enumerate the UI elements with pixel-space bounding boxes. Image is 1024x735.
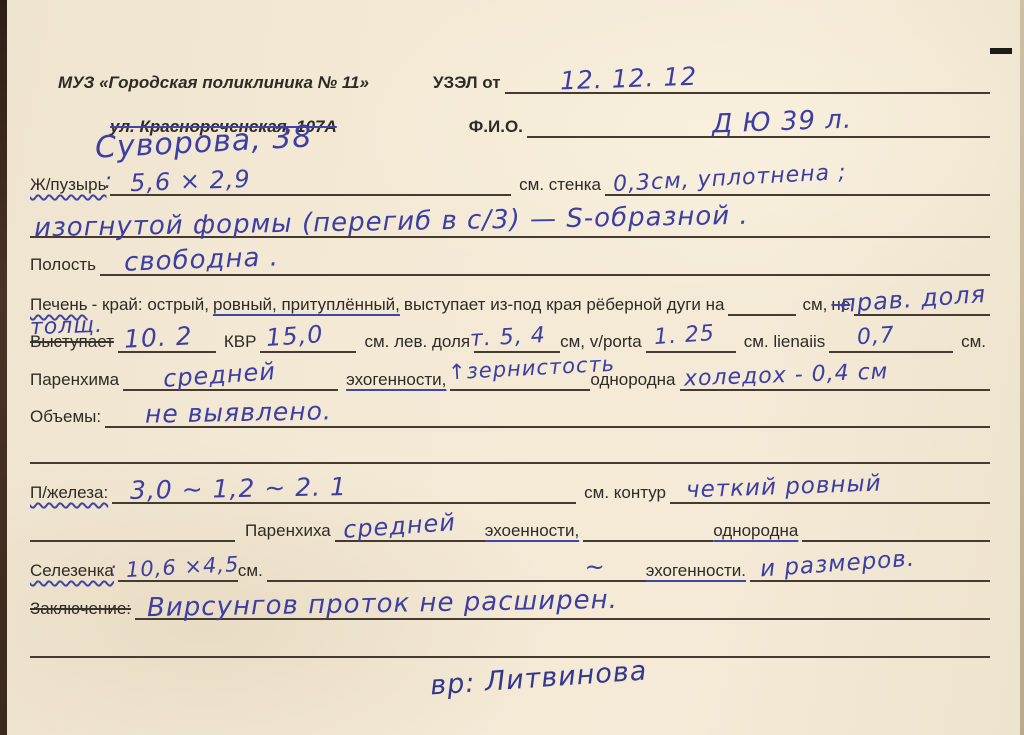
- liver-parenchyma-value: средней: [162, 359, 276, 391]
- conclusion-value: Вирсунгов проток не расширен.: [147, 587, 618, 621]
- cavity-label: Полость: [30, 255, 100, 276]
- doctor-signature: вр: Литвинова: [429, 657, 648, 699]
- gallbladder-size-value: 5,6 × 2,9: [130, 167, 251, 195]
- spleen-cm-label: см.: [238, 561, 267, 582]
- liver-granularity-field: ↑зернистость: [450, 365, 590, 391]
- choledoch-note: холедох - 0,4 см: [683, 361, 888, 390]
- fio-label: Ф.И.О.: [469, 117, 527, 138]
- pancreas-parenchyma-field: средней: [335, 516, 485, 542]
- kvr-label: КВР: [216, 332, 261, 353]
- exam-date-field: 12. 12. 12: [505, 68, 990, 94]
- left-lobe-label: см. лев. доля: [356, 332, 474, 353]
- gallbladder-size-field: : 5,6 × 2,9: [110, 170, 511, 196]
- left-lobe-value: т. 5, 4: [470, 325, 547, 351]
- clinic-address-new: Суворова, 38: [94, 122, 313, 163]
- pancreas-label: П/железа:: [30, 483, 112, 504]
- pancreas-homogeneous-label: однородна: [713, 521, 802, 542]
- lienalis-value: 0,7: [857, 325, 896, 350]
- spleen-size-value: 10,6 ×4,5: [125, 554, 239, 581]
- liver-edge-pre: - край: острый,: [92, 295, 213, 316]
- vporta-value: 1. 25: [653, 323, 715, 349]
- spleen-size-note: и размеров.: [759, 548, 915, 582]
- pancreas-size-field: 3,0 ~ 1,2 ~ 2. 1: [112, 478, 576, 504]
- pancreas-echo-blank: [583, 516, 713, 542]
- liver-cm-word: см,: [796, 295, 831, 316]
- lienalis-label: см. lienaiis: [736, 332, 830, 353]
- spleen-size-field: : 10,6 ×4,5: [118, 556, 238, 582]
- pancreas-contour-field: четкий ровный: [670, 478, 990, 504]
- pancreas-trailing-blank: [802, 516, 990, 542]
- clinic-name: МУЗ «Городская поликлиника № 11»: [30, 73, 373, 94]
- kvr-field: 15,0: [260, 327, 356, 353]
- liver-edge-underlined: ровный, притуплённый,: [213, 295, 404, 316]
- spleen-echo-field: ~: [267, 556, 646, 582]
- spleen-echo-label: эхогенности.: [646, 561, 750, 582]
- scan-edge-right: [1020, 0, 1024, 735]
- liver-protrudes-label: Выступает: [30, 332, 118, 353]
- fio-field: Д Ю 39 л.: [527, 112, 990, 138]
- liver-cm-label: см.: [953, 332, 990, 353]
- lienalis-field: 0,7: [829, 327, 953, 353]
- kvr-value: 15,0: [266, 322, 325, 350]
- pancreas-blank-field: [30, 516, 235, 542]
- cavity-value: свободна .: [124, 244, 280, 275]
- pancreas-parenchyma-label: Паренхиха: [235, 521, 335, 542]
- liver-echo-label: эхогенности,: [338, 370, 450, 391]
- exam-label: УЗЭЛ от: [433, 73, 505, 94]
- scanned-ultrasound-form: МУЗ «Городская поликлиника № 11» УЗЭЛ от…: [0, 0, 1024, 735]
- wall-label: см. стенка: [511, 175, 605, 196]
- exam-date-value: 12. 12. 12: [559, 64, 697, 94]
- liver-right-lobe-note: прав. доля: [840, 282, 987, 316]
- liver-protrudes-field: 10. 2: [118, 327, 216, 353]
- cavity-field: свободна .: [100, 250, 990, 276]
- spleen-colon: :: [110, 559, 118, 579]
- liver-protrusion-field: [728, 290, 796, 316]
- vporta-label: см, v/porta: [560, 332, 646, 353]
- liver-edge-post: выступает из-под края рёберной дуги на: [404, 295, 729, 316]
- wall-field: 0,3см, уплотнена ;: [605, 170, 990, 196]
- pancreas-contour-value: четкий ровный: [686, 473, 882, 503]
- spleen-note-field: и размеров.: [750, 556, 990, 582]
- empty-line-1: [30, 438, 990, 464]
- spleen-label: Селезенка: [30, 561, 118, 582]
- gallbladder-colon: :: [104, 171, 112, 193]
- pancreas-size-value: 3,0 ~ 1,2 ~ 2. 1: [130, 474, 347, 503]
- conclusion-field: Вирсунгов проток не расширен.: [135, 594, 990, 620]
- liver-protrudes-value: 10. 2: [123, 323, 193, 352]
- liver-parenchyma-field: средней: [123, 365, 338, 391]
- pancreas-contour-label: см. контур: [576, 483, 670, 504]
- empty-line-2: [30, 632, 990, 658]
- spleen-tilde-note: ~: [585, 555, 606, 579]
- pancreas-echo-label: эхоенности,: [485, 521, 583, 542]
- wall-value: 0,3см, уплотнена ;: [613, 162, 847, 196]
- volumes-value: не выявлено.: [145, 398, 332, 426]
- scan-edge-left: [0, 0, 7, 735]
- choledoch-field: холедох - 0,4 см: [680, 365, 990, 391]
- conclusion-label: Заключение:: [30, 599, 135, 620]
- liver-right-lobe-field: прав. доля: [854, 290, 990, 316]
- fio-value: Д Ю 39 л.: [711, 107, 852, 138]
- liver-parenchyma-label: Паренхима: [30, 370, 123, 391]
- gallbladder-label: Ж/пузырь: [30, 175, 110, 196]
- vporta-field: 1. 25: [646, 327, 736, 353]
- scan-artifact-dash: [990, 48, 1012, 54]
- gallbladder-shape-field: изогнутой формы (перегиб в с/3) — S-обра…: [30, 212, 990, 238]
- pancreas-parenchyma-value: средней: [342, 510, 456, 542]
- volumes-label: Объемы:: [30, 407, 105, 428]
- gallbladder-shape-value: изогнутой формы (перегиб в с/3) — S-обра…: [34, 203, 749, 241]
- volumes-field: не выявлено.: [105, 402, 990, 428]
- left-lobe-field: т. 5, 4: [474, 327, 560, 353]
